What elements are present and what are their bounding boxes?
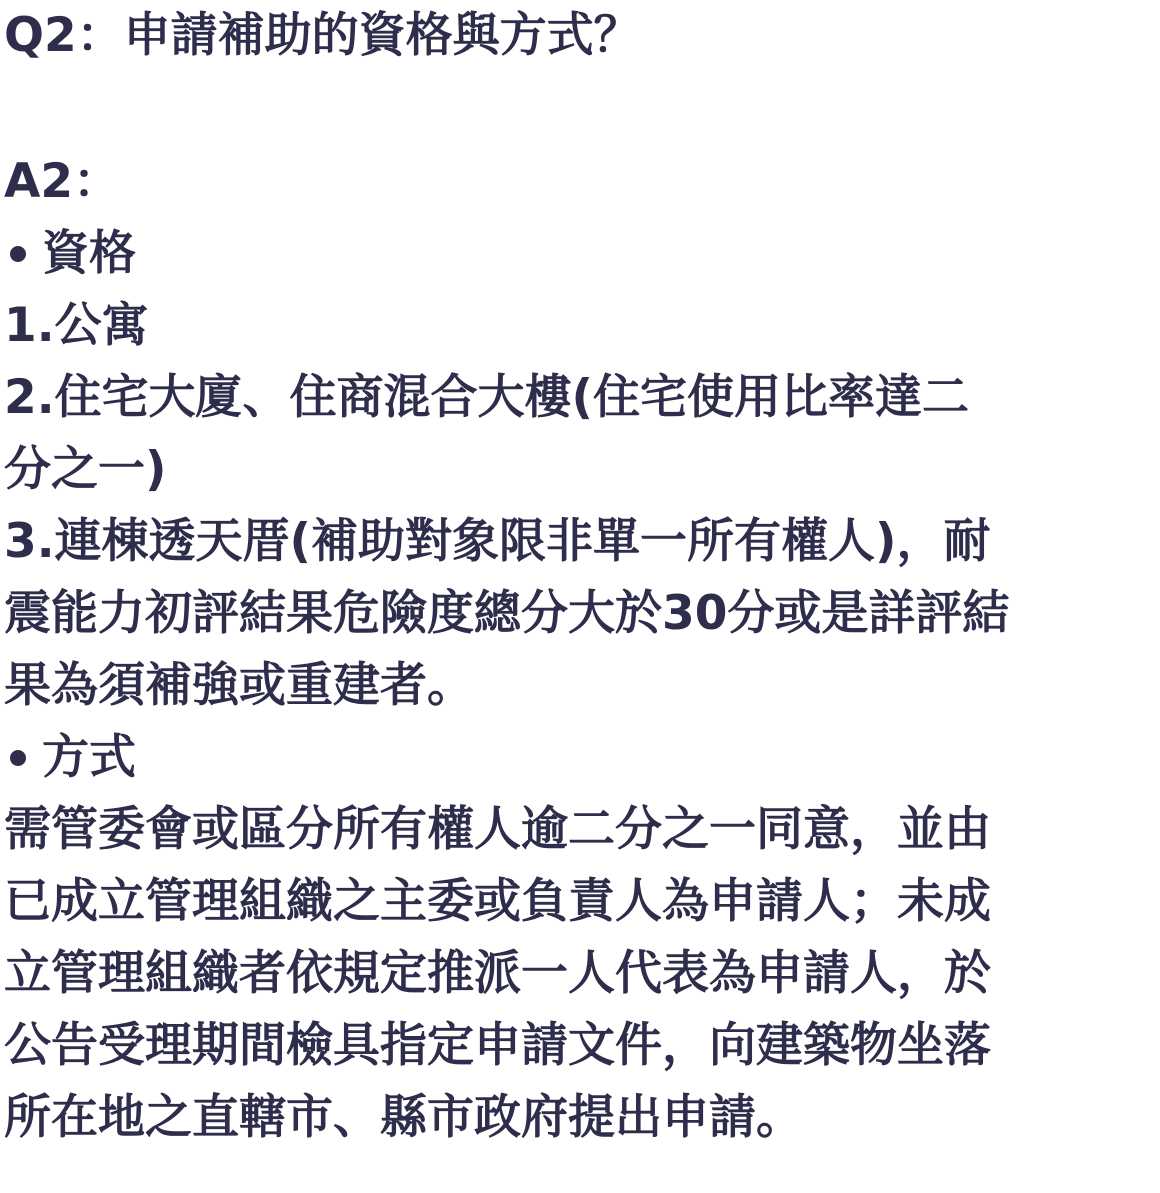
eligibility-line: 分之一) <box>4 434 1160 506</box>
eligibility-line: 2.住宅大廈、住商混合大樓(住宅使用比率達二 <box>4 362 1160 434</box>
eligibility-line: 果為須補強或重建者。 <box>4 650 1160 722</box>
method-line: 所在地之直轄市、縣市政府提出申請。 <box>4 1082 1160 1154</box>
method-line: 需管委會或區分所有權人逾二分之一同意，並由 <box>4 794 1160 866</box>
eligibility-line: 1.公寓 <box>4 290 1160 362</box>
section-heading-text: 方式 <box>42 722 136 794</box>
section-heading-eligibility: 資格 <box>4 218 1160 290</box>
section-heading-text: 資格 <box>42 218 136 290</box>
eligibility-line: 震能力初評結果危險度總分大於30分或是詳評結 <box>4 578 1160 650</box>
bullet-icon <box>10 750 26 766</box>
section-heading-method: 方式 <box>4 722 1160 794</box>
method-line: 公告受理期間檢具指定申請文件，向建築物坐落 <box>4 1010 1160 1082</box>
answer-label: A2： <box>4 146 1160 218</box>
question-title: Q2：申請補助的資格與方式？ <box>4 0 1160 72</box>
bullet-icon <box>10 246 26 262</box>
eligibility-line: 3.連棟透天厝(補助對象限非單一所有權人)，耐 <box>4 506 1160 578</box>
faq-document: Q2：申請補助的資格與方式？ A2： 資格 1.公寓 2.住宅大廈、住商混合大樓… <box>4 0 1160 1154</box>
method-line: 已成立管理組織之主委或負責人為申請人；未成 <box>4 866 1160 938</box>
blank-spacer <box>4 72 1160 146</box>
method-line: 立管理組織者依規定推派一人代表為申請人，於 <box>4 938 1160 1010</box>
